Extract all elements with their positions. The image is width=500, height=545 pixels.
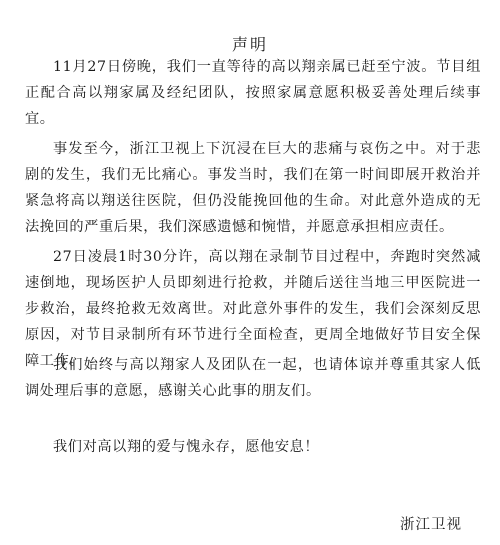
signature: 浙江卫视 — [400, 513, 462, 534]
document-title: 声明 — [0, 32, 500, 55]
paragraph-4: 我们始终与高以翔家人及团队在一起，也请体谅并尊重其家人低调处理后事的意愿，感谢关… — [25, 352, 481, 404]
paragraph-5: 我们对高以翔的爱与愧永存，愿他安息！ — [25, 434, 481, 460]
paragraph-1: 11月27日傍晚，我们一直等待的高以翔亲属已赶至宁波。节目组正配合高以翔家属及经… — [25, 54, 481, 132]
paragraph-2: 事发至今，浙江卫视上下沉浸在巨大的悲痛与哀伤之中。对于悲剧的发生，我们无比痛心。… — [25, 136, 481, 240]
